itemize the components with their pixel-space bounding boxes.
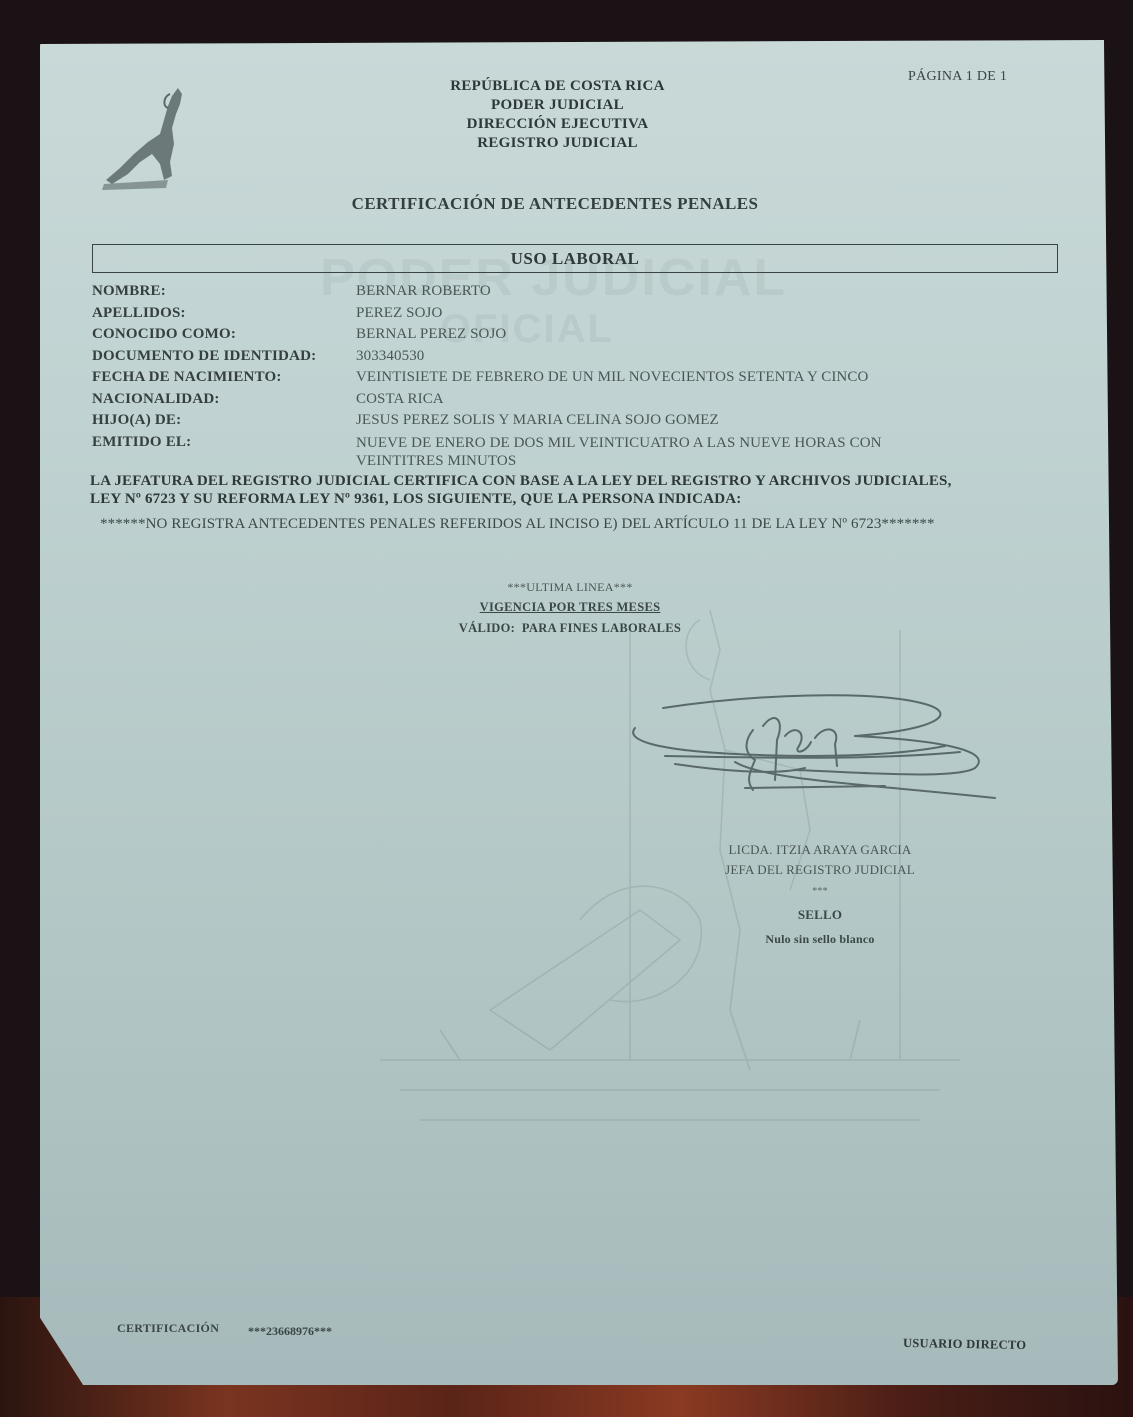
field-value: NUEVE DE ENERO DE DOS MIL VEINTICUATRO A… [356,432,956,470]
field-label: FECHA DE NACIMIENTO: [92,367,356,389]
field-nacionalidad: NACIONALIDAD: COSTA RICA [92,389,992,411]
field-label: APELLIDOS: [92,303,356,325]
field-value: JESUS PEREZ SOLIS Y MARIA CELINA SOJO GO… [356,410,719,432]
field-label: EMITIDO EL: [92,432,356,470]
field-value: PEREZ SOJO [356,303,442,325]
field-label: NACIONALIDAD: [92,389,356,411]
field-label: DOCUMENTO DE IDENTIDAD: [92,346,356,368]
field-hijo-de: HIJO(A) DE: JESUS PEREZ SOLIS Y MARIA CE… [92,410,992,432]
certification-statement: LA JEFATURA DEL REGISTRO JUDICIAL CERTIF… [90,472,980,508]
header-registry: REGISTRO JUDICIAL [360,134,755,153]
footer-cert-label: CERTIFICACIÓN [117,1321,219,1336]
personal-data-fields: NOMBRE: BERNAR ROBERTO APELLIDOS: PEREZ … [92,281,992,470]
document-title: CERTIFICACIÓN DE ANTECEDENTES PENALES [280,194,830,214]
field-apellidos: APELLIDOS: PEREZ SOJO [92,303,992,325]
validity-period: VIGENCIA POR TRES MESES [420,600,720,615]
seal-note: Nulo sin sello blanco [680,926,960,950]
certification-result: ******NO REGISTRA ANTECEDENTES PENALES R… [100,516,1060,533]
field-value: BERNAR ROBERTO [356,281,491,303]
signer-title: JEFA DEL REGISTRO JUDICIAL [680,860,960,880]
seal-label: SELLO [680,904,960,926]
field-label: NOMBRE: [92,281,356,303]
field-nombre: NOMBRE: BERNAR ROBERTO [92,281,992,303]
header-directorate: DIRECCIÓN EJECUTIVA [360,115,755,134]
field-value: BERNAL PEREZ SOJO [356,324,506,346]
header-country: REPÚBLICA DE COSTA RICA [360,77,755,96]
page-number: PÁGINA 1 DE 1 [908,69,1007,85]
field-label: CONOCIDO COMO: [92,324,356,346]
field-fecha-nacimiento: FECHA DE NACIMIENTO: VEINTISIETE DE FEBR… [92,367,992,389]
valid-purpose: VÁLIDO: PARA FINES LABORALES [400,621,740,636]
field-value: VEINTISIETE DE FEBRERO DE UN MIL NOVECIE… [356,367,868,389]
issuer-header: REPÚBLICA DE COSTA RICA PODER JUDICIAL D… [360,77,755,153]
field-conocido-como: CONOCIDO COMO: BERNAL PEREZ SOJO [92,324,992,346]
signer-separator: *** [680,880,960,904]
footer-user-type: USUARIO DIRECTO [903,1336,1027,1353]
header-branch: PODER JUDICIAL [360,96,755,115]
field-emitido-el: EMITIDO EL: NUEVE DE ENERO DE DOS MIL VE… [92,432,992,470]
field-label: HIJO(A) DE: [92,410,356,432]
justice-statue-icon [100,84,190,190]
signer-name: LICDA. ITZIA ARAYA GARCIA [680,840,960,860]
field-value: COSTA RICA [356,389,444,411]
footer-cert-number: ***23668976*** [248,1324,332,1339]
handwritten-signature-icon [615,680,1010,800]
signer-block: LICDA. ITZIA ARAYA GARCIA JEFA DEL REGIS… [680,840,960,950]
field-value: 303340530 [356,346,424,368]
purpose-box: USO LABORAL [92,244,1058,273]
field-documento-identidad: DOCUMENTO DE IDENTIDAD: 303340530 [92,346,992,368]
last-line-marker: ***ULTIMA LINEA*** [420,580,720,595]
